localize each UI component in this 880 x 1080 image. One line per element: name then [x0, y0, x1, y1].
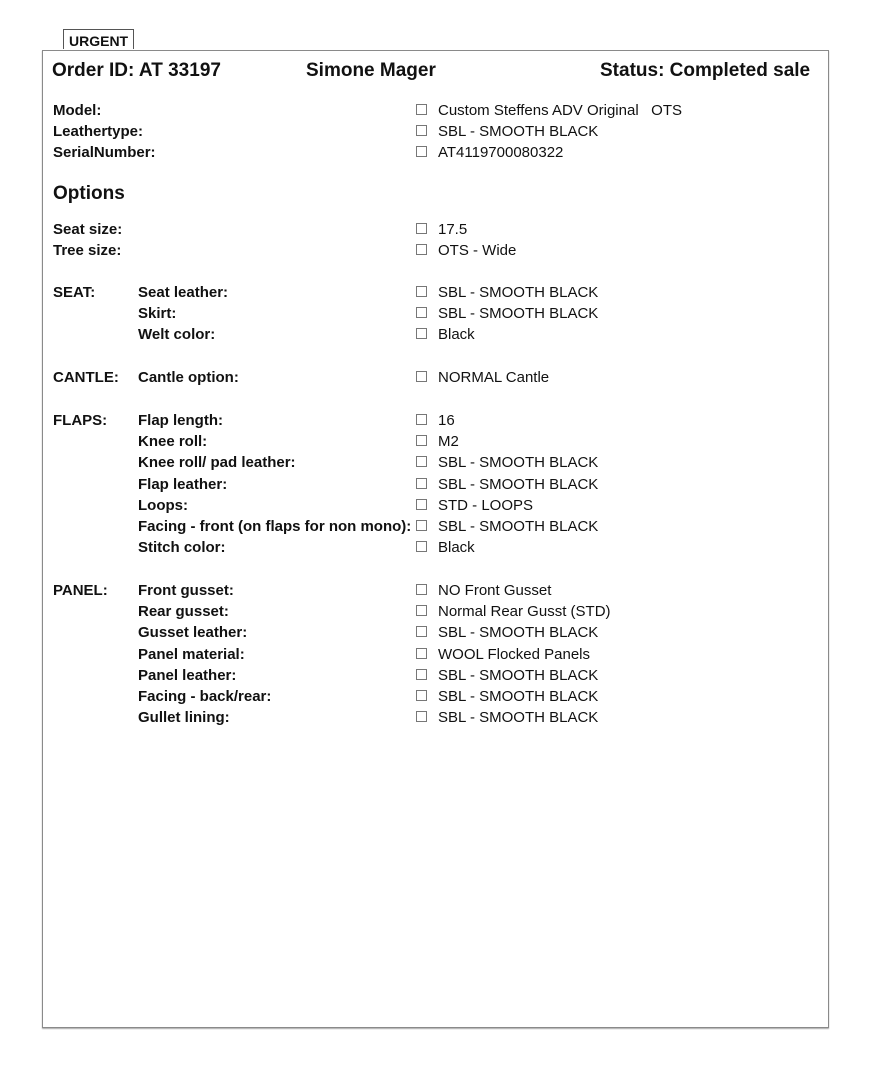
- checkbox[interactable]: [416, 605, 427, 616]
- checkbox[interactable]: [416, 541, 427, 552]
- field-row: SEAT:Seat leather:SBL - SMOOTH BLACK: [0, 282, 880, 303]
- field-label: Facing - back/rear:: [138, 686, 271, 707]
- field-value: SBL - SMOOTH BLACK: [438, 121, 598, 142]
- checkbox[interactable]: [416, 711, 427, 722]
- order-status: Status: Completed sale: [600, 60, 810, 82]
- field-value: Black: [438, 537, 475, 558]
- checkbox[interactable]: [416, 435, 427, 446]
- field-label: Knee roll/ pad leather:: [138, 452, 296, 473]
- field-row: Stitch color:Black: [0, 537, 880, 558]
- group-label: PANEL:: [53, 580, 108, 601]
- field-value: 17.5: [438, 219, 467, 240]
- field-row: Gullet lining:SBL - SMOOTH BLACK: [0, 707, 880, 728]
- field-value: SBL - SMOOTH BLACK: [438, 282, 598, 303]
- group-label: FLAPS:: [53, 410, 107, 431]
- field-label: Loops:: [138, 495, 188, 516]
- checkbox[interactable]: [416, 125, 427, 136]
- field-row: Leathertype:SBL - SMOOTH BLACK: [0, 121, 880, 142]
- checkbox[interactable]: [416, 104, 427, 115]
- field-value: SBL - SMOOTH BLACK: [438, 686, 598, 707]
- field-label: Cantle option:: [138, 367, 239, 388]
- field-label: Panel material:: [138, 644, 245, 665]
- field-value: NO Front Gusset: [438, 580, 551, 601]
- field-value: 16: [438, 410, 455, 431]
- group-label: CANTLE:: [53, 367, 119, 388]
- checkbox[interactable]: [416, 244, 427, 255]
- field-row: Skirt:SBL - SMOOTH BLACK: [0, 303, 880, 324]
- checkbox[interactable]: [416, 146, 427, 157]
- field-label: Stitch color:: [138, 537, 226, 558]
- checkbox[interactable]: [416, 669, 427, 680]
- checkbox[interactable]: [416, 371, 427, 382]
- field-row: CANTLE:Cantle option:NORMAL Cantle: [0, 367, 880, 388]
- checkbox[interactable]: [416, 648, 427, 659]
- field-row: Gusset leather:SBL - SMOOTH BLACK: [0, 622, 880, 643]
- field-label: Model:: [53, 100, 101, 121]
- field-value: SBL - SMOOTH BLACK: [438, 516, 598, 537]
- field-label: Welt color:: [138, 324, 215, 345]
- field-value: SBL - SMOOTH BLACK: [438, 474, 598, 495]
- checkbox[interactable]: [416, 223, 427, 234]
- field-row: SerialNumber:AT4119700080322: [0, 142, 880, 163]
- field-label: SerialNumber:: [53, 142, 156, 163]
- field-row: Knee roll/ pad leather:SBL - SMOOTH BLAC…: [0, 452, 880, 473]
- field-label: Panel leather:: [138, 665, 236, 686]
- field-row: Rear gusset:Normal Rear Gusst (STD): [0, 601, 880, 622]
- field-label: Seat leather:: [138, 282, 228, 303]
- field-label: Flap leather:: [138, 474, 227, 495]
- field-value: NORMAL Cantle: [438, 367, 549, 388]
- field-label: Leathertype:: [53, 121, 143, 142]
- field-row: Tree size:OTS - Wide: [0, 240, 880, 261]
- group-label: SEAT:: [53, 282, 95, 303]
- checkbox[interactable]: [416, 328, 427, 339]
- urgent-badge: URGENT: [63, 29, 134, 49]
- field-row: Model:Custom Steffens ADV Original OTS: [0, 100, 880, 121]
- field-value: STD - LOOPS: [438, 495, 533, 516]
- field-row: Seat size:17.5: [0, 219, 880, 240]
- field-value: SBL - SMOOTH BLACK: [438, 622, 598, 643]
- field-row: Facing - back/rear:SBL - SMOOTH BLACK: [0, 686, 880, 707]
- checkbox[interactable]: [416, 520, 427, 531]
- checkbox[interactable]: [416, 626, 427, 637]
- field-value: SBL - SMOOTH BLACK: [438, 665, 598, 686]
- field-value: Black: [438, 324, 475, 345]
- field-label: Rear gusset:: [138, 601, 229, 622]
- field-label: Facing - front (on flaps for non mono):: [138, 516, 411, 537]
- field-value: SBL - SMOOTH BLACK: [438, 707, 598, 728]
- checkbox[interactable]: [416, 499, 427, 510]
- field-value: SBL - SMOOTH BLACK: [438, 303, 598, 324]
- field-label: Seat size:: [53, 219, 122, 240]
- field-row: PANEL:Front gusset:NO Front Gusset: [0, 580, 880, 601]
- field-label: Gusset leather:: [138, 622, 247, 643]
- field-row: Welt color:Black: [0, 324, 880, 345]
- field-row: Panel material:WOOL Flocked Panels: [0, 644, 880, 665]
- field-row: FLAPS:Flap length:16: [0, 410, 880, 431]
- field-value: SBL - SMOOTH BLACK: [438, 452, 598, 473]
- checkbox[interactable]: [416, 478, 427, 489]
- field-value: Custom Steffens ADV Original OTS: [438, 100, 682, 121]
- options-heading: Options: [53, 183, 125, 205]
- field-value: M2: [438, 431, 459, 452]
- field-value: WOOL Flocked Panels: [438, 644, 590, 665]
- field-value: AT4119700080322: [438, 142, 563, 163]
- field-label: Tree size:: [53, 240, 121, 261]
- checkbox[interactable]: [416, 690, 427, 701]
- customer-name: Simone Mager: [306, 60, 436, 82]
- field-row: Facing - front (on flaps for non mono):S…: [0, 516, 880, 537]
- field-row: Panel leather:SBL - SMOOTH BLACK: [0, 665, 880, 686]
- field-label: Flap length:: [138, 410, 223, 431]
- checkbox[interactable]: [416, 414, 427, 425]
- field-row: Knee roll:M2: [0, 431, 880, 452]
- checkbox[interactable]: [416, 456, 427, 467]
- field-label: Skirt:: [138, 303, 176, 324]
- field-label: Gullet lining:: [138, 707, 230, 728]
- order-id: Order ID: AT 33197: [52, 60, 221, 82]
- field-value: Normal Rear Gusst (STD): [438, 601, 611, 622]
- field-row: Flap leather:SBL - SMOOTH BLACK: [0, 474, 880, 495]
- checkbox[interactable]: [416, 307, 427, 318]
- checkbox[interactable]: [416, 584, 427, 595]
- field-value: OTS - Wide: [438, 240, 516, 261]
- field-label: Knee roll:: [138, 431, 207, 452]
- field-label: Front gusset:: [138, 580, 234, 601]
- field-row: Loops:STD - LOOPS: [0, 495, 880, 516]
- checkbox[interactable]: [416, 286, 427, 297]
